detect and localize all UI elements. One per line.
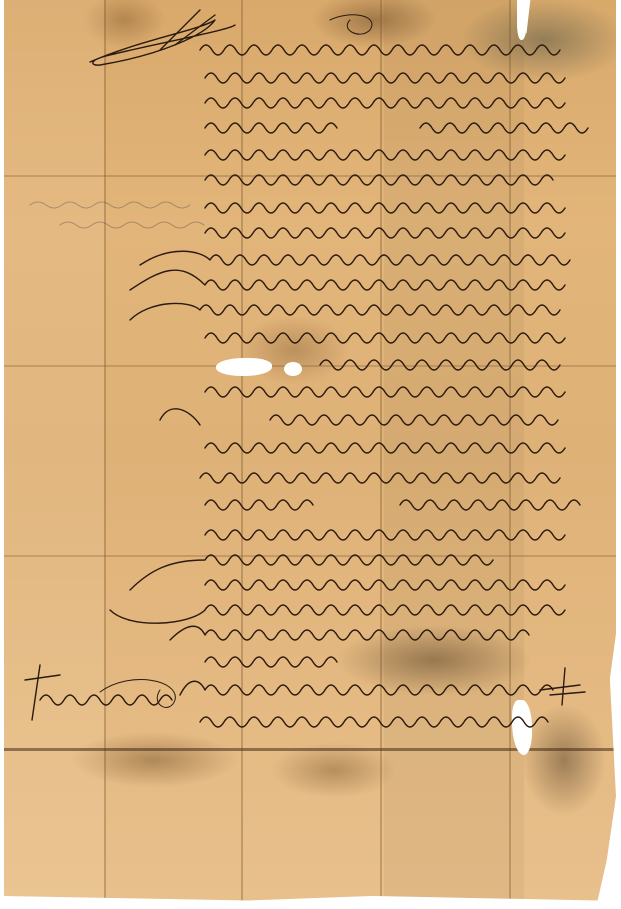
- marginal-note: [25, 665, 175, 720]
- handwriting: [0, 0, 621, 909]
- faded-marginal-note: [30, 202, 204, 228]
- opening-flourish: [90, 10, 372, 65]
- letter-body: [110, 45, 588, 727]
